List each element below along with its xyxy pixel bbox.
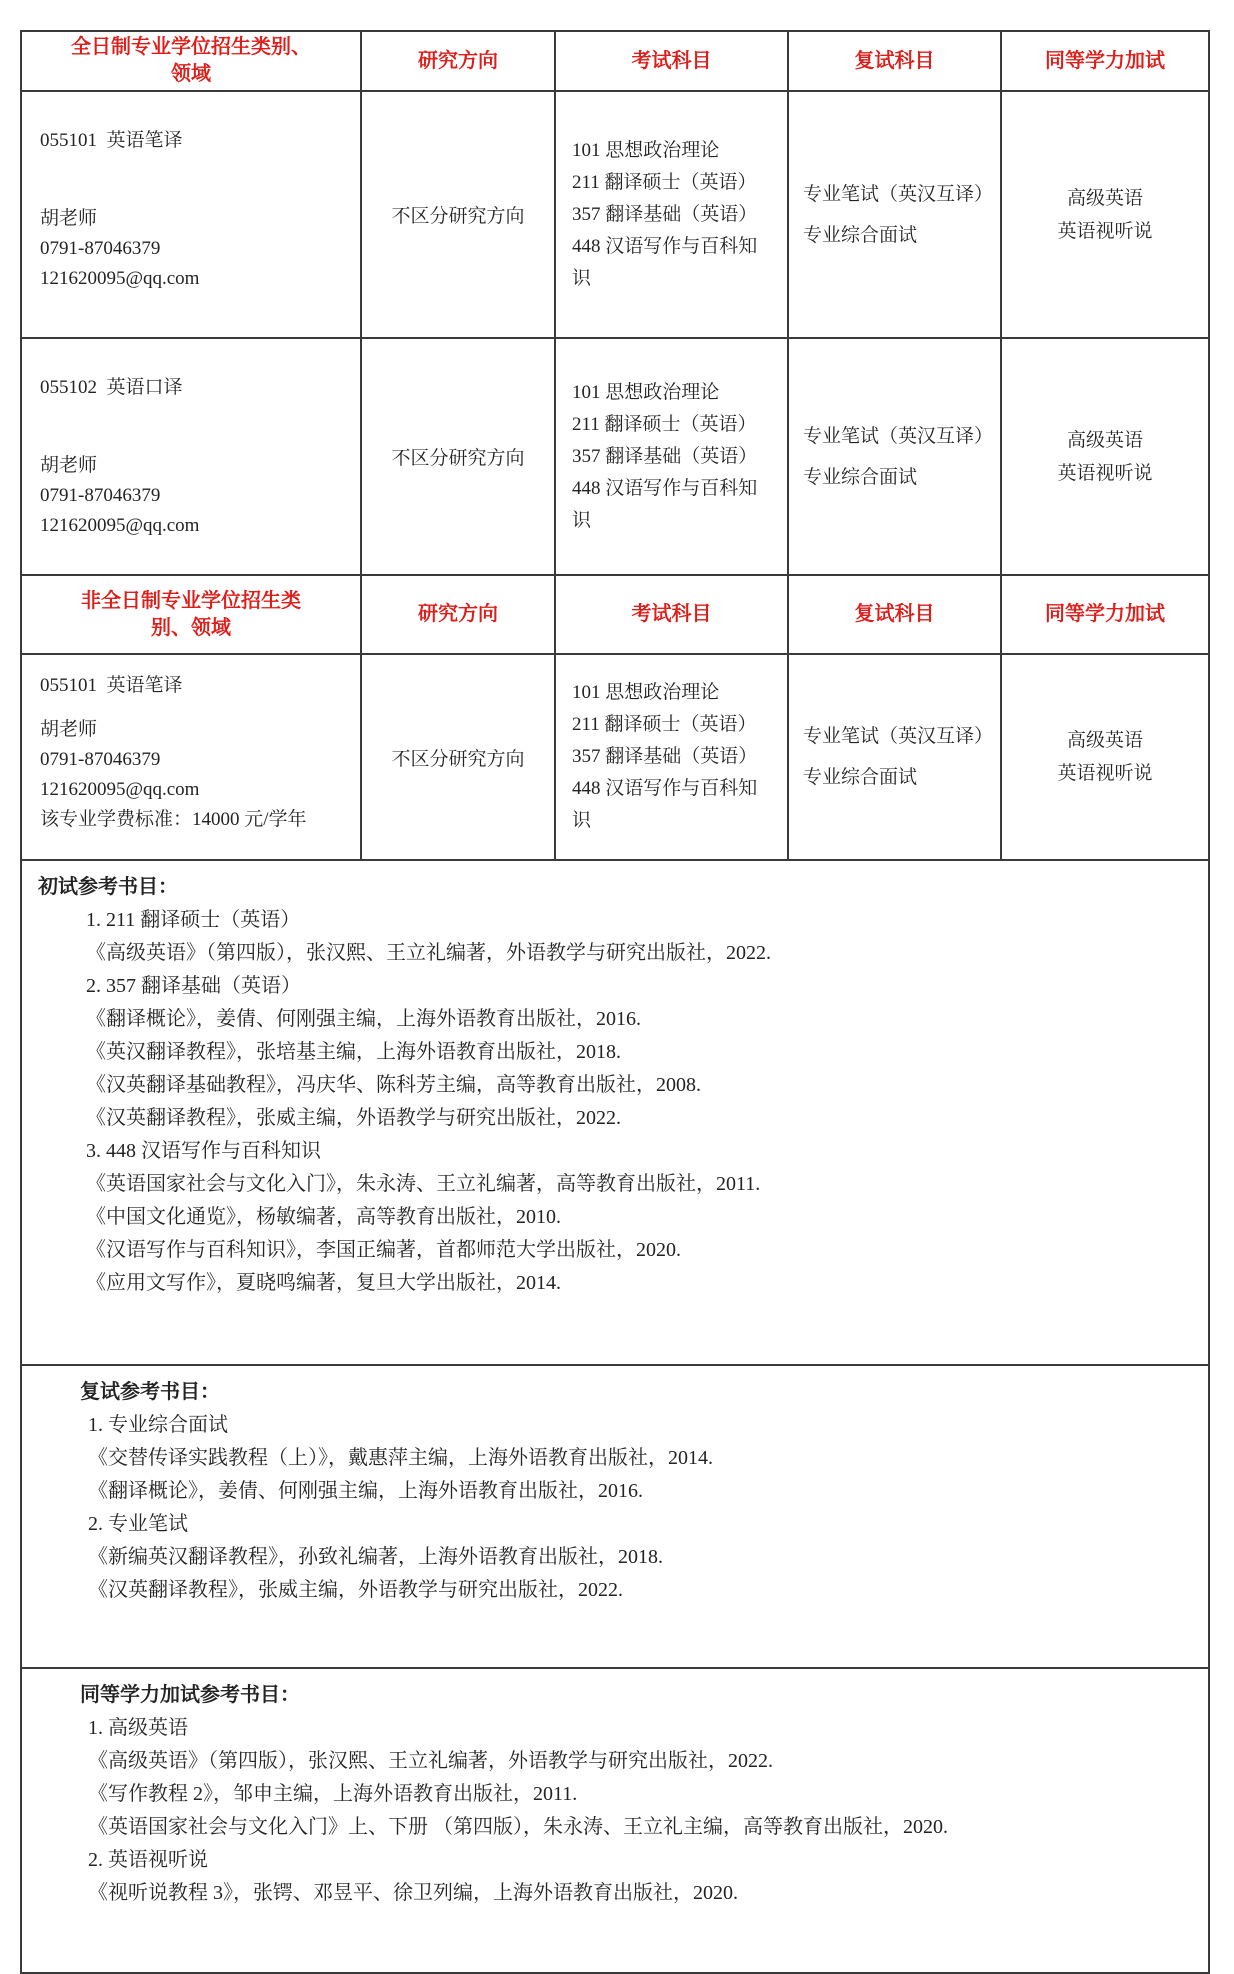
spacer — [40, 403, 342, 451]
reference-line: 《新编英汉翻译教程》，孙致礼编著，上海外语教育出版社，2018. — [88, 1541, 1188, 1574]
equivalency-test-header: 同等学力加试 — [1001, 31, 1209, 91]
contact-phone: 0791-87046379 — [40, 745, 342, 775]
retest-subjects-header: 复试科目 — [788, 31, 1001, 91]
contact-email: 121620095@qq.com — [40, 511, 342, 541]
reference-line: 《翻译概论》，姜倩、何刚强主编，上海外语教育出版社，2016. — [88, 1475, 1188, 1508]
reference-line: 《交替传译实践教程（上）》，戴惠萍主编，上海外语教育出版社，2014. — [88, 1442, 1188, 1475]
full-time-category-header-text: 全日制专业学位招生类别、领域 — [65, 34, 317, 88]
exam-subjects-cell: 101 思想政治理论 211 翻译硕士（英语） 357 翻译基础（英语） 448… — [555, 338, 788, 575]
full-time-row-written-translation: 055101 英语笔译 胡老师 0791-87046379 121620095@… — [21, 91, 1209, 338]
program-code-name: 055102 英语口译 — [40, 373, 342, 403]
reference-line: 《汉语写作与百科知识》，李国正编著，首都师范大学出版社，2020. — [86, 1234, 1188, 1267]
direction-cell: 不区分研究方向 — [361, 338, 555, 575]
program-cell: 055101 英语笔译 胡老师 0791-87046379 121620095@… — [21, 654, 361, 860]
initial-test-references-row: 初试参考书目： 1. 211 翻译硕士（英语） 《高级英语》（第四版），张汉熙、… — [21, 860, 1209, 1365]
contact-phone: 0791-87046379 — [40, 234, 342, 264]
reference-line: 2. 357 翻译基础（英语） — [86, 970, 1188, 1003]
part-time-category-header: 非全日制专业学位招生类别、领域 — [21, 575, 361, 654]
retest-references-section: 复试参考书目： 1. 专业综合面试 《交替传译实践教程（上）》，戴惠萍主编，上海… — [21, 1365, 1209, 1668]
exam-subject: 101 思想政治理论 — [572, 677, 771, 709]
reference-line: 1. 专业综合面试 — [88, 1409, 1188, 1442]
reference-line: 2. 英语视听说 — [88, 1844, 1188, 1877]
contact-teacher: 胡老师 — [40, 451, 342, 481]
equivalency-test-header: 同等学力加试 — [1001, 575, 1209, 654]
retest-subjects-cell: 专业笔试（英汉互译） 专业综合面试 — [788, 338, 1001, 575]
reference-line: 《视听说教程 3》，张锷、邓昱平、徐卫列编，上海外语教育出版社，2020. — [88, 1877, 1188, 1910]
direction-cell: 不区分研究方向 — [361, 654, 555, 860]
full-time-row-interpreting: 055102 英语口译 胡老师 0791-87046379 121620095@… — [21, 338, 1209, 575]
exam-subject: 448 汉语写作与百科知识 — [572, 773, 771, 837]
section-title: 复试参考书目： — [80, 1376, 1188, 1409]
retest-references-row: 复试参考书目： 1. 专业综合面试 《交替传译实践教程（上）》，戴惠萍主编，上海… — [21, 1365, 1209, 1668]
full-time-header-row: 全日制专业学位招生类别、领域 研究方向 考试科目 复试科目 同等学力加试 — [21, 31, 1209, 91]
reference-line: 《应用文写作》，夏晓鸣编著，复旦大学出版社，2014. — [86, 1267, 1188, 1300]
part-time-header-row: 非全日制专业学位招生类别、领域 研究方向 考试科目 复试科目 同等学力加试 — [21, 575, 1209, 654]
exam-subject: 357 翻译基础（英语） — [572, 441, 771, 473]
reference-line: 《高级英语》（第四版），张汉熙、王立礼编著，外语教学与研究出版社，2022. — [88, 1745, 1188, 1778]
contact-email: 121620095@qq.com — [40, 775, 342, 805]
reference-line: 《英语国家社会与文化入门》上、下册 （第四版），朱永涛、王立礼主编，高等教育出版… — [88, 1811, 1188, 1844]
reference-line: 《汉英翻译教程》，张威主编，外语教学与研究出版社，2022. — [88, 1574, 1188, 1607]
section-title: 初试参考书目： — [38, 871, 1188, 904]
reference-line: 《汉英翻译基础教程》，冯庆华、陈科芳主编，高等教育出版社，2008. — [86, 1069, 1188, 1102]
direction-cell: 不区分研究方向 — [361, 91, 555, 338]
initial-test-references-section: 初试参考书目： 1. 211 翻译硕士（英语） 《高级英语》（第四版），张汉熙、… — [21, 860, 1209, 1365]
reference-line: 《写作教程 2》，邹申主编，上海外语教育出版社，2011. — [88, 1778, 1188, 1811]
retest-interview: 专业综合面试 — [803, 219, 986, 252]
program-cell: 055102 英语口译 胡老师 0791-87046379 121620095@… — [21, 338, 361, 575]
program-code-name: 055101 英语笔译 — [40, 126, 342, 156]
contact-phone: 0791-87046379 — [40, 481, 342, 511]
contact-teacher: 胡老师 — [40, 715, 342, 745]
equivalency-references-section: 同等学力加试参考书目： 1. 高级英语 《高级英语》（第四版），张汉熙、王立礼编… — [21, 1668, 1209, 1973]
exam-subject: 357 翻译基础（英语） — [572, 199, 771, 231]
reference-line: 《英汉翻译教程》，张培基主编，上海外语教育出版社，2018. — [86, 1036, 1188, 1069]
retest-written-exam: 专业笔试（英汉互译） — [803, 420, 986, 453]
research-direction-header: 研究方向 — [361, 31, 555, 91]
spacer — [40, 701, 342, 715]
retest-written-exam: 专业笔试（英汉互译） — [803, 720, 986, 753]
contact-teacher: 胡老师 — [40, 204, 342, 234]
full-time-category-header: 全日制专业学位招生类别、领域 — [21, 31, 361, 91]
retest-written-exam: 专业笔试（英汉互译） — [803, 178, 986, 211]
reference-line: 《汉英翻译教程》，张威主编，外语教学与研究出版社，2022. — [86, 1102, 1188, 1135]
contact-email: 121620095@qq.com — [40, 264, 342, 294]
tuition-note: 该专业学费标准：14000 元/学年 — [40, 805, 342, 835]
program-cell: 055101 英语笔译 胡老师 0791-87046379 121620095@… — [21, 91, 361, 338]
exam-subject: 211 翻译硕士（英语） — [572, 709, 771, 741]
retest-interview: 专业综合面试 — [803, 461, 986, 494]
reference-line: 《高级英语》（第四版），张汉熙、王立礼编著，外语教学与研究出版社，2022. — [86, 937, 1188, 970]
equivalency-subjects-cell: 高级英语 英语视听说 — [1001, 91, 1209, 338]
equivalency-references-row: 同等学力加试参考书目： 1. 高级英语 《高级英语》（第四版），张汉熙、王立礼编… — [21, 1668, 1209, 1973]
reference-line: 1. 高级英语 — [88, 1712, 1188, 1745]
exam-subject: 101 思想政治理论 — [572, 377, 771, 409]
reference-line: 1. 211 翻译硕士（英语） — [86, 904, 1188, 937]
part-time-category-header-text: 非全日制专业学位招生类别、领域 — [65, 588, 317, 642]
exam-subjects-cell: 101 思想政治理论 211 翻译硕士（英语） 357 翻译基础（英语） 448… — [555, 654, 788, 860]
exam-subject: 448 汉语写作与百科知识 — [572, 473, 771, 537]
equivalency-subjects-cell: 高级英语 英语视听说 — [1001, 654, 1209, 860]
exam-subject: 357 翻译基础（英语） — [572, 741, 771, 773]
reference-line: 2. 专业笔试 — [88, 1508, 1188, 1541]
program-code-name: 055101 英语笔译 — [40, 671, 342, 701]
section-title: 同等学力加试参考书目： — [80, 1679, 1188, 1712]
exam-subjects-cell: 101 思想政治理论 211 翻译硕士（英语） 357 翻译基础（英语） 448… — [555, 91, 788, 338]
reference-line: 3. 448 汉语写作与百科知识 — [86, 1135, 1188, 1168]
equivalency-subjects-cell: 高级英语 英语视听说 — [1001, 338, 1209, 575]
reference-line: 《翻译概论》，姜倩、何刚强主编，上海外语教育出版社，2016. — [86, 1003, 1188, 1036]
exam-subject: 211 翻译硕士（英语） — [572, 409, 771, 441]
retest-interview: 专业综合面试 — [803, 761, 986, 794]
exam-subject: 448 汉语写作与百科知识 — [572, 231, 771, 295]
retest-subjects-cell: 专业笔试（英汉互译） 专业综合面试 — [788, 654, 1001, 860]
exam-subject: 101 思想政治理论 — [572, 135, 771, 167]
exam-subject: 211 翻译硕士（英语） — [572, 167, 771, 199]
exam-subjects-header: 考试科目 — [555, 575, 788, 654]
part-time-row-written-translation: 055101 英语笔译 胡老师 0791-87046379 121620095@… — [21, 654, 1209, 860]
reference-line: 《中国文化通览》，杨敏编著，高等教育出版社，2010. — [86, 1201, 1188, 1234]
spacer — [40, 156, 342, 204]
retest-subjects-cell: 专业笔试（英汉互译） 专业综合面试 — [788, 91, 1001, 338]
reference-line: 《英语国家社会与文化入门》，朱永涛、王立礼编著，高等教育出版社，2011. — [86, 1168, 1188, 1201]
exam-subjects-header: 考试科目 — [555, 31, 788, 91]
admissions-table: 全日制专业学位招生类别、领域 研究方向 考试科目 复试科目 同等学力加试 055… — [20, 30, 1210, 1974]
retest-subjects-header: 复试科目 — [788, 575, 1001, 654]
research-direction-header: 研究方向 — [361, 575, 555, 654]
